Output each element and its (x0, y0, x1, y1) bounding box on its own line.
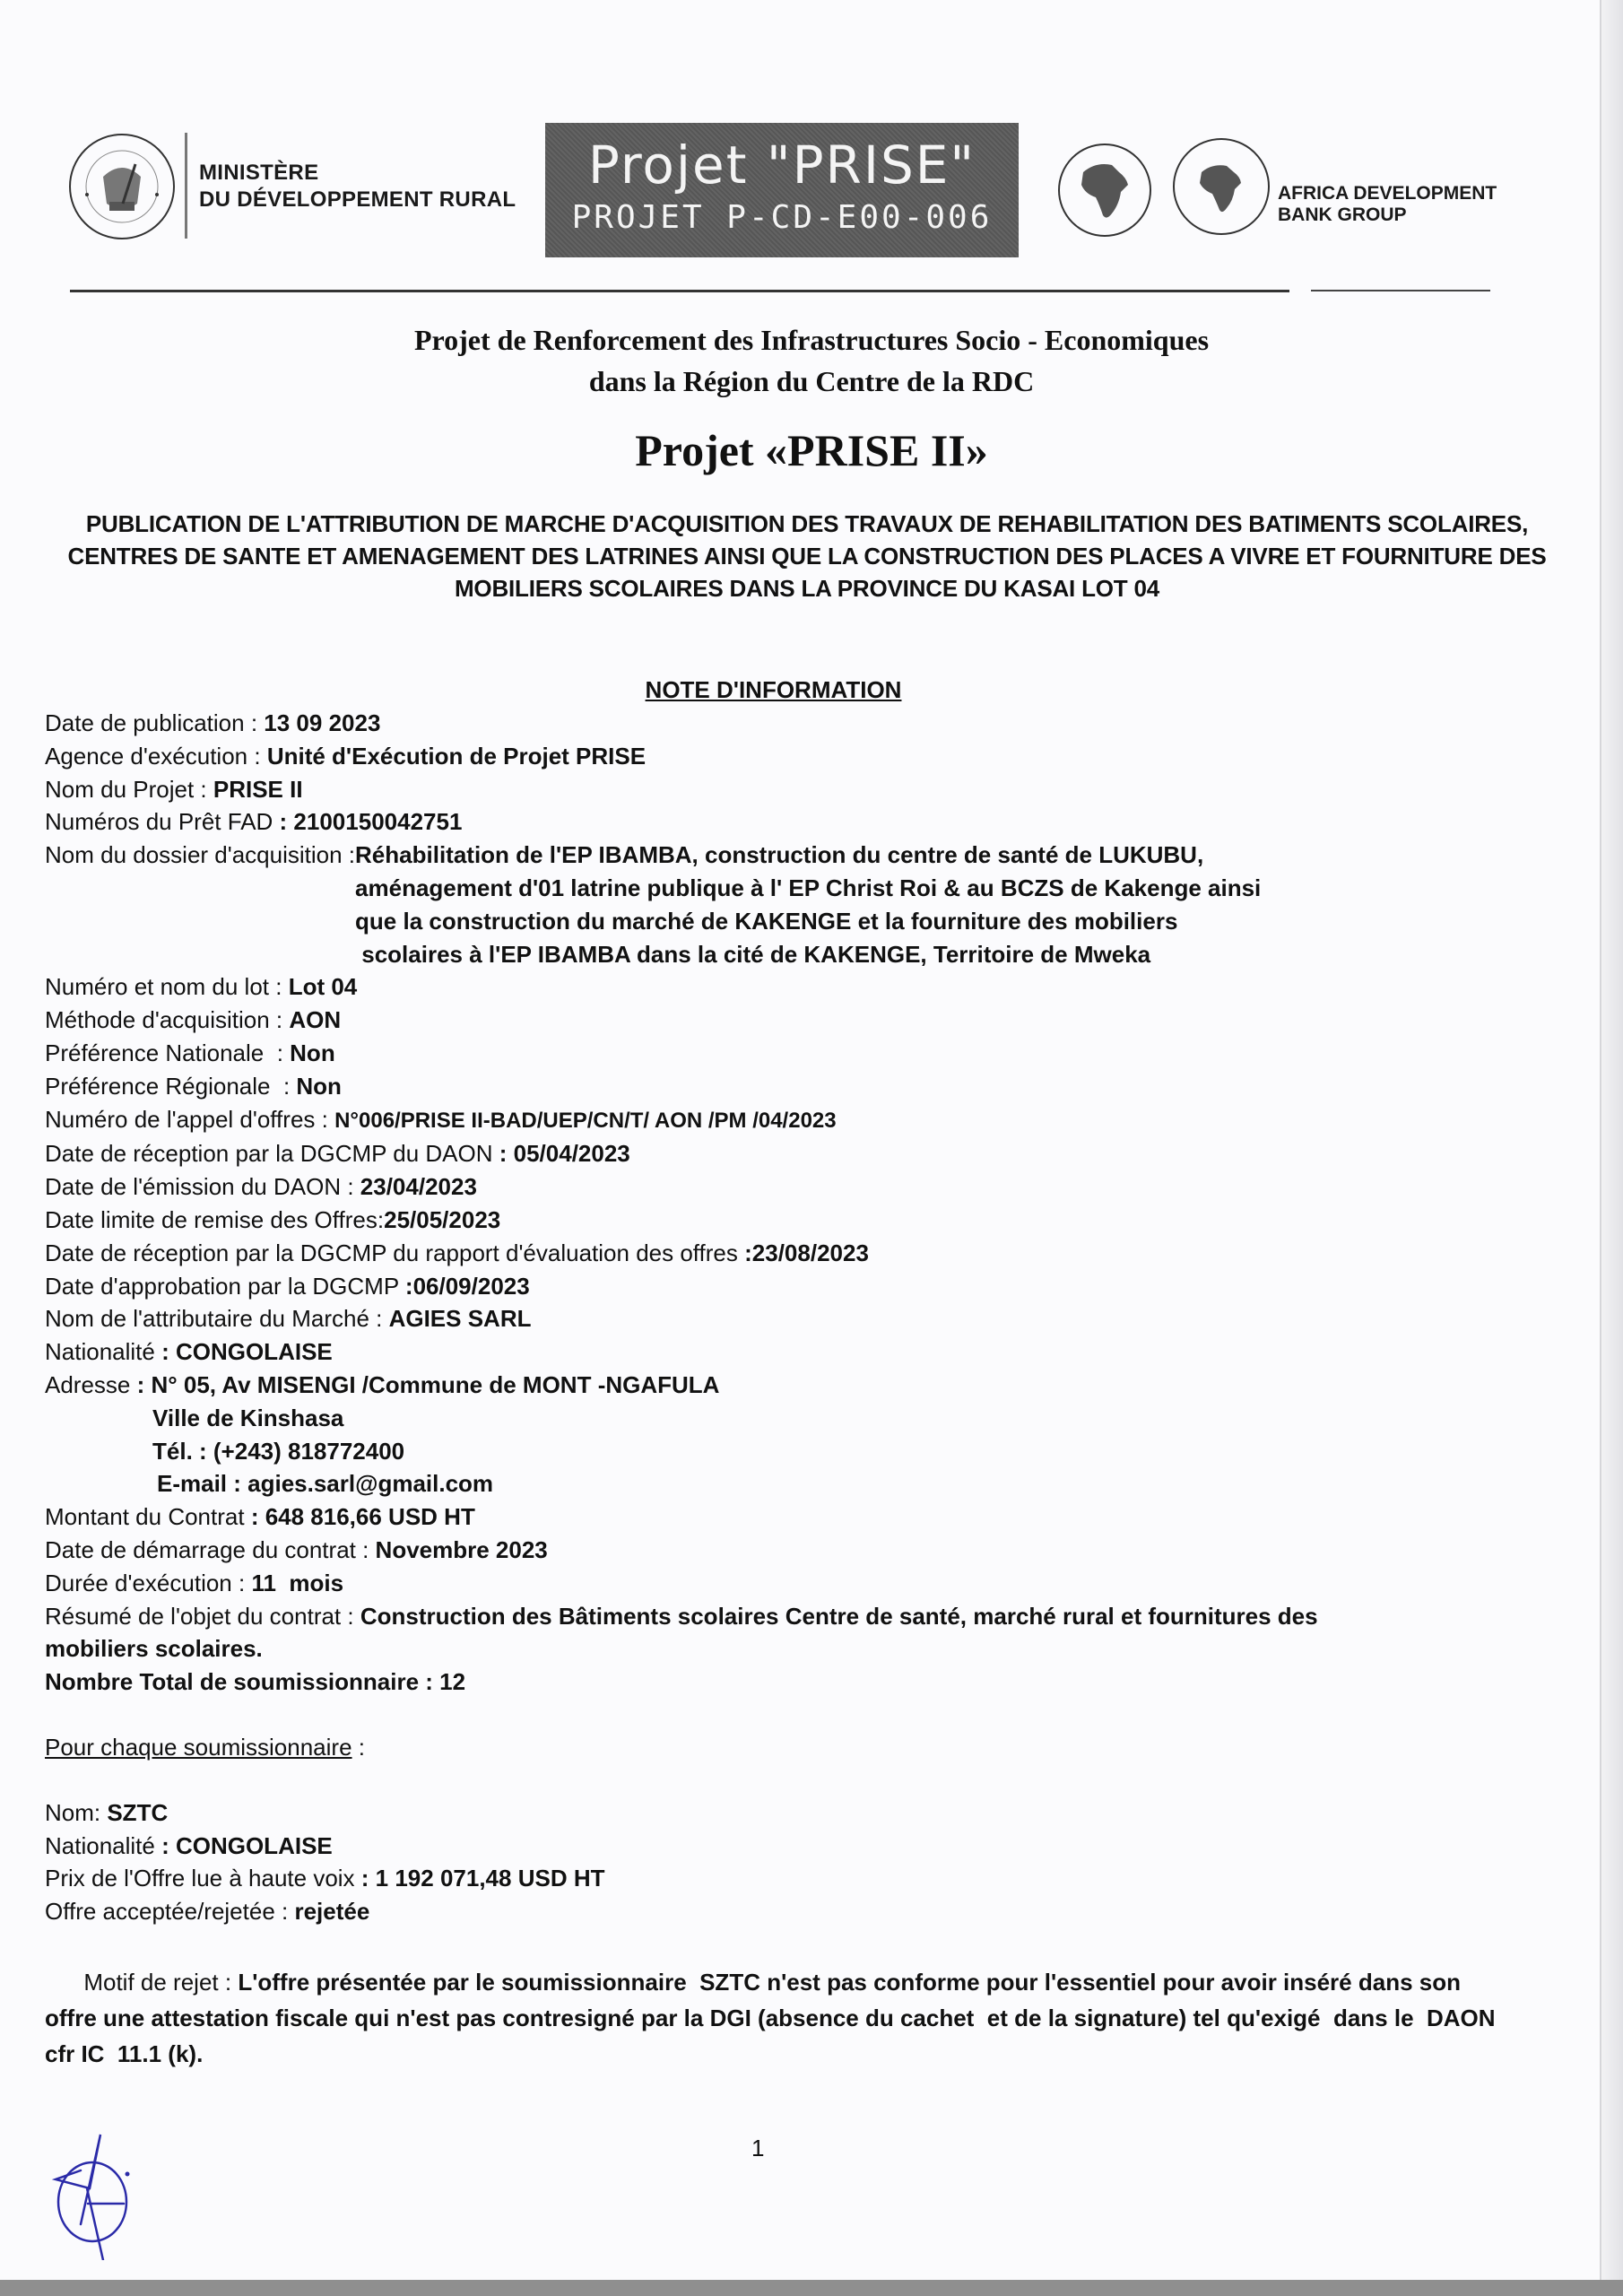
field-demarrage: Date de démarrage du contrat : Novembre … (45, 1534, 1551, 1567)
field-duree: Durée d'exécution : 11 mois (45, 1567, 1551, 1600)
field-nom-projet: Nom du Projet : PRISE II (45, 773, 1551, 806)
bidder-prix: Prix de l'Offre lue à haute voix : 1 192… (45, 1862, 1551, 1895)
african-development-fund-logo-icon (1171, 136, 1271, 237)
project-title: Projet «PRISE II» (0, 423, 1623, 477)
drc-coat-of-arms-seal-icon (67, 132, 177, 241)
note-heading: NOTE D'INFORMATION (0, 674, 1547, 705)
page-number: 1 (751, 2135, 764, 2162)
bidder-nationalite: Nationalité : CONGOLAISE (45, 1830, 1551, 1863)
dossier-value: Réhabilitation de l'EP IBAMBA, construct… (355, 839, 1261, 970)
field-preference-regionale: Préférence Régionale : Non (45, 1070, 1551, 1103)
field-montant: Montant du Contrat : 648 816,66 USD HT (45, 1500, 1551, 1534)
adresse-email: E-mail : agies.sarl@gmail.com (45, 1467, 1551, 1500)
adresse-telephone: Tél. : (+243) 818772400 (45, 1435, 1551, 1468)
field-date-publication: Date de publication : 13 09 2023 (45, 707, 1551, 740)
field-resume: Résumé de l'objet du contrat : Construct… (45, 1600, 1408, 1666)
adresse-ville: Ville de Kinshasa (45, 1402, 1551, 1435)
field-agence: Agence d'exécution : Unité d'Exécution d… (45, 740, 1551, 773)
field-reception-rapport: Date de réception par la DGCMP du rappor… (45, 1237, 1551, 1270)
header-divider (185, 133, 187, 239)
african-development-bank-logo-icon (1056, 142, 1153, 239)
field-adresse: Adresse : N° 05, Av MISENGI /Commune de … (45, 1369, 1551, 1402)
project-subtitle: Projet de Renforcement des Infrastructur… (0, 319, 1623, 402)
publication-title: PUBLICATION DE L'ATTRIBUTION DE MARCHE D… (36, 508, 1578, 604)
bidder-nom: Nom: SZTC (45, 1796, 1551, 1830)
field-dossier: Nom du dossier d'acquisition : Réhabilit… (45, 839, 1551, 970)
bidder-motif: Motif de rejet : L'offre présentée par l… (45, 1928, 1515, 2108)
project-banner-code: PROJET P-CD-E00-006 (545, 196, 1019, 239)
field-reception-daon: Date de réception par la DGCMP du DAON :… (45, 1137, 1551, 1170)
field-appel-offres: Numéro de l'appel d'offres : N°006/PRISE… (45, 1103, 1551, 1138)
ministry-name: MINISTÈRE DU DÉVELOPPEMENT RURAL (199, 160, 516, 213)
project-banner: Projet "PRISE" PROJET P-CD-E00-006 (545, 123, 1019, 257)
field-lot: Numéro et nom du lot : Lot 04 (45, 970, 1551, 1004)
field-methode: Méthode d'acquisition : AON (45, 1004, 1551, 1037)
field-nationalite: Nationalité : CONGOLAISE (45, 1335, 1551, 1369)
document-header: MINISTÈRE DU DÉVELOPPEMENT RURAL Projet … (0, 0, 1623, 296)
afdb-group-name: AFRICA DEVELOPMENT BANK GROUP (1278, 183, 1497, 226)
field-total-soumissionnaires: Nombre Total de soumissionnaire : 12 (45, 1665, 1551, 1699)
field-approbation: Date d'approbation par la DGCMP :06/09/2… (45, 1270, 1551, 1303)
scan-bottom-edge (0, 2280, 1623, 2296)
field-pret-fad: Numéros du Prêt FAD : 2100150042751 (45, 805, 1551, 839)
bidder-entry: Nom: SZTC Nationalité : CONGOLAISE Prix … (45, 1796, 1551, 2108)
field-limite-offres: Date limite de remise des Offres:25/05/2… (45, 1204, 1551, 1237)
header-rule (70, 290, 1289, 292)
field-attributaire: Nom de l'attributaire du Marché : AGIES … (45, 1302, 1551, 1335)
field-preference-nationale: Préférence Nationale : Non (45, 1037, 1551, 1070)
note-body: Date de publication : 13 09 2023 Agence … (45, 707, 1551, 2108)
bidders-heading: Pour chaque soumissionnaire : (45, 1731, 1551, 1764)
field-emission-daon: Date de l'émission du DAON : 23/04/2023 (45, 1170, 1551, 1204)
handwritten-signature-icon (45, 2117, 152, 2260)
project-banner-title: Projet "PRISE" (545, 134, 1019, 196)
bidder-statut: Offre acceptée/rejetée : rejetée (45, 1895, 1551, 1928)
header-rule-short (1311, 290, 1490, 291)
